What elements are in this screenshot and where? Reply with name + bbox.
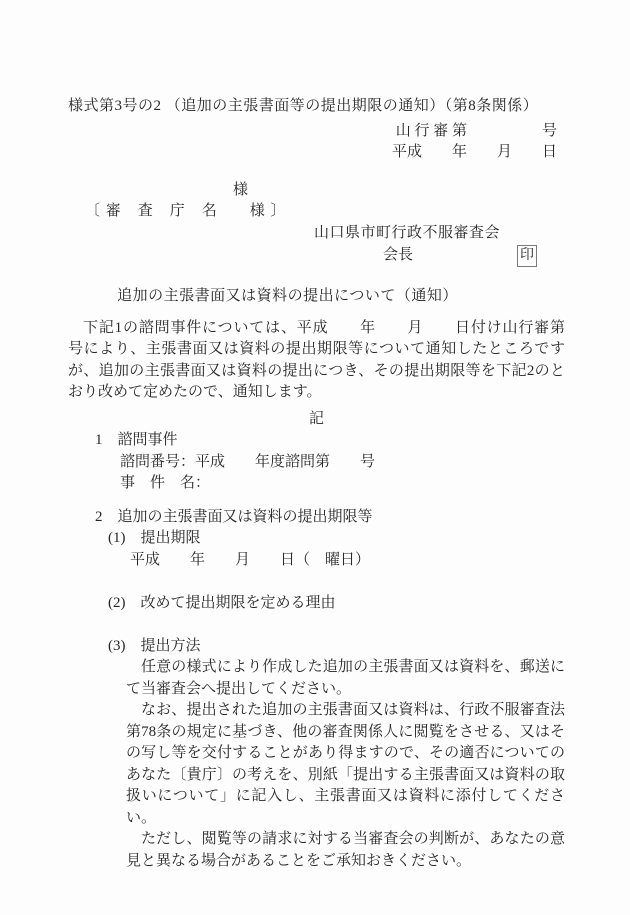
- sender-title-line: 会長 印: [68, 244, 565, 268]
- submission-method-block: 任意の様式により作成した追加の主張書面又は資料を、郵送にて当審査会へ提出してくだ…: [126, 657, 565, 872]
- spacer: [68, 571, 565, 593]
- section-1-heading: 1 諮問事件: [68, 430, 565, 452]
- spacer: [68, 614, 565, 636]
- method-paragraph-3: ただし、閲覧等の請求に対する当審査会の判断が、あなたの意見と異なる場合があること…: [126, 829, 565, 872]
- section-2-heading: 2 追加の主張書面又は資料の提出期限等: [68, 507, 565, 529]
- sender-title: 会長: [383, 245, 413, 267]
- item-1-date-line: 平成 年 月 日（ 曜日）: [68, 550, 565, 572]
- case-name-line: 事 件 名：: [68, 473, 565, 495]
- item-1-heading: (1) 提出期限: [68, 528, 565, 550]
- method-paragraph-1: 任意の様式により作成した追加の主張書面又は資料を、郵送にて当審査会へ提出してくだ…: [126, 657, 565, 700]
- section-2: 2 追加の主張書面又は資料の提出期限等 (1) 提出期限 平成 年 月 日（ 曜…: [68, 507, 565, 873]
- doc-number: 山 行 審 第 号: [68, 121, 557, 143]
- body-paragraph: 下記1の諮問事件については、平成 年 月 日付け山行審第 号により、主張書面又は…: [68, 318, 565, 404]
- spacer: [68, 495, 565, 507]
- sender-block: 山口県市町行政不服審査会 会長 印: [68, 223, 565, 269]
- doc-number-block: 山 行 審 第 号 平成 年 月 日: [68, 121, 565, 164]
- item-3-heading: (3) 提出方法: [68, 636, 565, 658]
- method-paragraph-2: なお、提出された追加の主張書面又は資料は、行政不服審査法第78条の規定に基づき、…: [126, 700, 565, 829]
- addressee-agency-placeholder: 〔 審 査 庁 名 様 〕: [68, 201, 565, 223]
- item-2-heading: (2) 改めて提出期限を定める理由: [68, 593, 565, 615]
- doc-date: 平成 年 月 日: [68, 142, 557, 164]
- seal-box: 印: [517, 245, 537, 267]
- document-page: 様式第3号の2 （追加の主張書面等の提出期限の通知）（第8条関係） 山 行 審 …: [0, 0, 630, 915]
- case-number-line: 諮問番号：平成 年度諮問第 号: [68, 452, 565, 474]
- section-1: 1 諮問事件 諮問番号：平成 年度諮問第 号 事 件 名：: [68, 430, 565, 495]
- addressee-sama: 様: [68, 180, 565, 202]
- document-title: 追加の主張書面又は資料の提出について（通知）: [68, 286, 565, 308]
- sender-organization: 山口県市町行政不服審査会: [68, 223, 565, 245]
- ki-marker: 記: [68, 409, 565, 431]
- form-label: 様式第3号の2 （追加の主張書面等の提出期限の通知）（第8条関係）: [68, 96, 565, 118]
